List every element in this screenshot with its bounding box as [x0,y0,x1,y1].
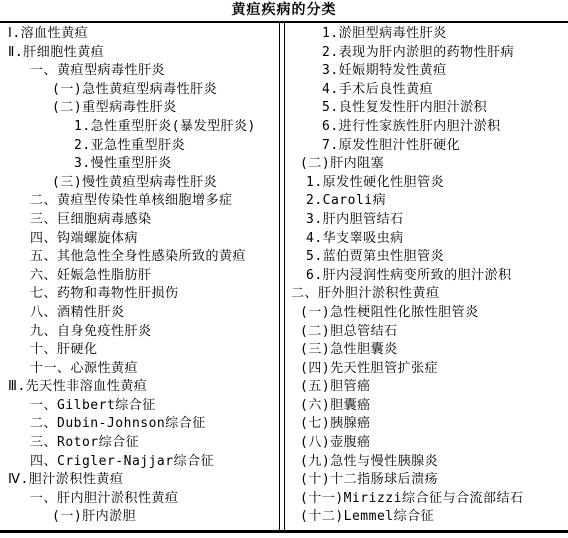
classification-item: (八)壶腹癌 [285,434,568,453]
classification-item: 九、自身免疫性肝炎 [0,323,279,342]
classification-item: 2.Caroli病 [285,192,568,211]
classification-item: 6.肝内浸润性病变所致的胆汁淤积 [285,267,568,286]
classification-item: 六、妊娠急性脂肪肝 [0,267,279,286]
classification-table: Ⅰ.溶血性黄疸Ⅱ.肝细胞性黄疸一、黄疸型病毒性肝炎(一)急性黄疸型病毒性肝炎(二… [0,21,568,533]
classification-item: (二)肝内阻塞 [285,155,568,174]
classification-item: (二)重型病毒性肝炎 [0,99,279,118]
classification-item: (二)胆总管结石 [285,323,568,342]
classification-item: 4.华支睾吸虫病 [285,230,568,249]
classification-item: 3.慢性重型肝炎 [0,155,279,174]
classification-item: 2.表现为肝内淤胆的药物性肝病 [285,44,568,63]
classification-item: 5.良性复发性肝内胆汁淤积 [285,99,568,118]
classification-item: (九)急性与慢性胰腺炎 [285,453,568,472]
classification-item: 十一、心源性黄疸 [0,360,279,379]
classification-item: (十一)Mirizzi综合征与合流部结石 [285,490,568,509]
page-title: 黄疸疾病的分类 [0,0,568,21]
classification-item: (十)十二指肠球后溃疡 [285,471,568,490]
classification-item: Ⅳ.胆汁淤积性黄疸 [0,471,279,490]
classification-item: 6.进行性家族性肝内胆汁淤积 [285,118,568,137]
classification-item: Ⅱ.肝细胞性黄疸 [0,44,279,63]
classification-item: 四、Crigler-Najjar综合征 [0,453,279,472]
left-column: Ⅰ.溶血性黄疸Ⅱ.肝细胞性黄疸一、黄疸型病毒性肝炎(一)急性黄疸型病毒性肝炎(二… [0,23,280,530]
classification-item: Ⅰ.溶血性黄疸 [0,25,279,44]
classification-item: 二、Dubin-Johnson综合征 [0,415,279,434]
classification-item: (五)胆管癌 [285,378,568,397]
classification-item: 3.妊娠期特发性黄疸 [285,62,568,81]
classification-item: 1.原发性硬化性胆管炎 [285,174,568,193]
classification-item: 7.原发性胆汁性肝硬化 [285,137,568,156]
classification-item: (一)肝内淤胆 [0,508,279,527]
classification-item: 1.淤胆型病毒性肝炎 [285,25,568,44]
classification-item: 四、钩端螺旋体病 [0,230,279,249]
classification-item: (三)急性胆囊炎 [285,341,568,360]
classification-item: 一、肝内胆汁淤积性黄疸 [0,490,279,509]
classification-item: 2.亚急性重型肝炎 [0,137,279,156]
classification-item: 八、酒精性肝炎 [0,304,279,323]
classification-item: (十二)Lemmel综合征 [285,508,568,527]
classification-item: (一)急性梗阻性化脓性胆管炎 [285,304,568,323]
classification-item: 十、肝硬化 [0,341,279,360]
classification-item: (三)慢性黄疸型病毒性肝炎 [0,174,279,193]
classification-item: 3.肝内胆管结石 [285,211,568,230]
classification-item: 三、Rotor综合征 [0,434,279,453]
classification-item: 七、药物和毒物性肝损伤 [0,285,279,304]
classification-item: (七)胰腺癌 [285,415,568,434]
document-page: 黄疸疾病的分类 Ⅰ.溶血性黄疸Ⅱ.肝细胞性黄疸一、黄疸型病毒性肝炎(一)急性黄疸… [0,0,568,538]
classification-item: 五、其他急性全身性感染所致的黄疸 [0,248,279,267]
classification-item: 5.蓝伯贾第虫性胆管炎 [285,248,568,267]
classification-item: (一)急性黄疸型病毒性肝炎 [0,81,279,100]
classification-item: (四)先天性胆管扩张症 [285,360,568,379]
classification-item: Ⅲ.先天性非溶血性黄疸 [0,378,279,397]
right-column: 1.淤胆型病毒性肝炎2.表现为肝内淤胆的药物性肝病3.妊娠期特发性黄疸4.手术后… [284,23,568,530]
classification-item: (六)胆囊癌 [285,397,568,416]
classification-item: 三、巨细胞病毒感染 [0,211,279,230]
classification-item: 4.手术后良性黄疸 [285,81,568,100]
classification-item: 二、黄疸型传染性单核细胞增多症 [0,192,279,211]
classification-item: 一、黄疸型病毒性肝炎 [0,62,279,81]
classification-item: 1.急性重型肝炎(暴发型肝炎) [0,118,279,137]
classification-item: 二、肝外胆汁淤积性黄疸 [285,285,568,304]
classification-item: 一、Gilbert综合征 [0,397,279,416]
